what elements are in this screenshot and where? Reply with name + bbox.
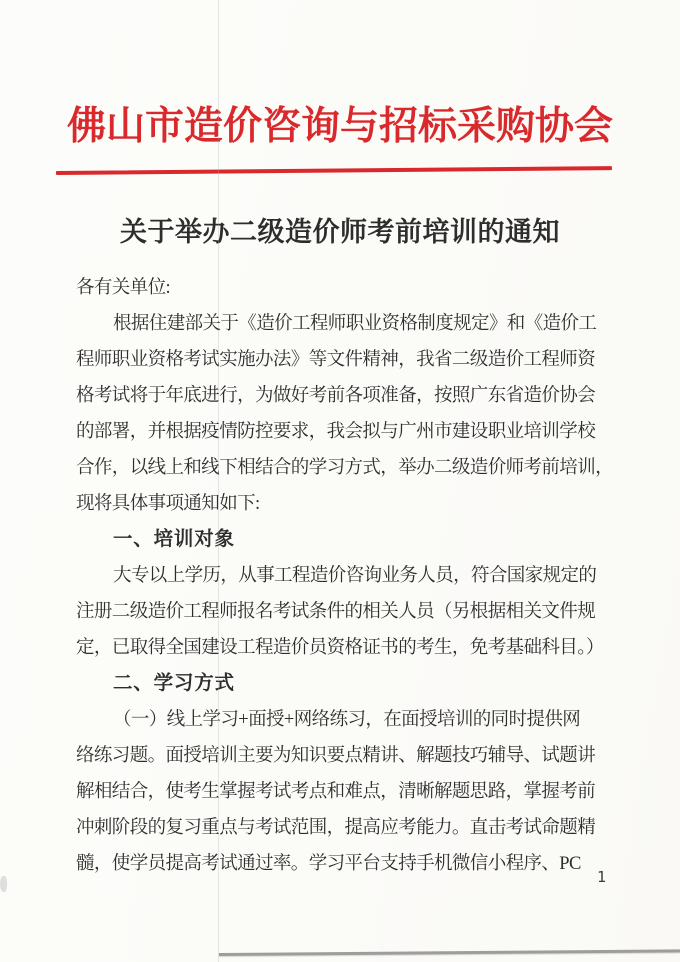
scanned-notice-page: 佛山市造价咨询与招标采购协会 关于举办二级造价师考前培训的通知 各有关单位: 根…: [0, 0, 680, 962]
paragraph-line: 合作，以线上和线下相结合的学习方式，举办二级造价师考前培训，: [76, 450, 612, 486]
paragraph-line: 的部署，并根据疫情防控要求，我会拟与广州市建设职业培训学校: [76, 414, 612, 450]
paragraph-line: 冲刺阶段的复习重点与考试范围，提高应考能力。直击考试命题精: [76, 810, 612, 846]
page-bottom-edge-shadow: [219, 949, 680, 955]
paragraph-line: 程师职业资格考试实施办法》等文件精神，我省二级造价工程师资: [76, 342, 612, 378]
paragraph-line: （一）线上学习+面授+网络练习，在面授培训的同时提供网: [76, 702, 612, 738]
notice-body: 各有关单位: 根据住建部关于《造价工程师职业资格制度规定》和《造价工 程师职业资…: [76, 270, 612, 882]
paragraph-line: 络练习题。面授培训主要为知识要点精讲、解题技巧辅导、试题讲: [76, 738, 612, 774]
salutation-line: 各有关单位:: [76, 270, 612, 306]
notice-title: 关于举办二级造价师考前培训的通知: [0, 215, 680, 249]
scan-artifact-vertical-line: [218, 0, 219, 962]
section-heading-training-target: 一、培训对象: [76, 522, 612, 558]
section-heading-study-method: 二、学习方式: [76, 666, 612, 702]
paragraph-line: 大专以上学历，从事工程造价咨询业务人员，符合国家规定的: [76, 558, 612, 594]
paragraph-line: 注册二级造价工程师报名考试条件的相关人员（另根据相关文件规: [76, 594, 612, 630]
paragraph-line: 格考试将于年底进行，为做好考前各项准备，按照广东省造价协会: [76, 378, 612, 414]
paragraph-line: 髓，使学员提高考试通过率。学习平台支持手机微信小程序、PC: [76, 846, 612, 882]
paragraph-line: 定，已取得全国建设工程造价员资格证书的考生，免考基础科目。）: [76, 630, 612, 666]
paragraph-line: 现将具体事项通知如下:: [76, 486, 612, 522]
scan-artifact-smudge: [0, 876, 7, 892]
red-divider-rule: [56, 166, 612, 175]
page-number: 1: [597, 868, 606, 886]
org-name-masthead: 佛山市造价咨询与招标采购协会: [0, 101, 680, 153]
paragraph-line: 根据住建部关于《造价工程师职业资格制度规定》和《造价工: [76, 306, 612, 342]
paragraph-line: 解相结合，使考生掌握考试考点和难点，清晰解题思路，掌握考前: [76, 774, 612, 810]
